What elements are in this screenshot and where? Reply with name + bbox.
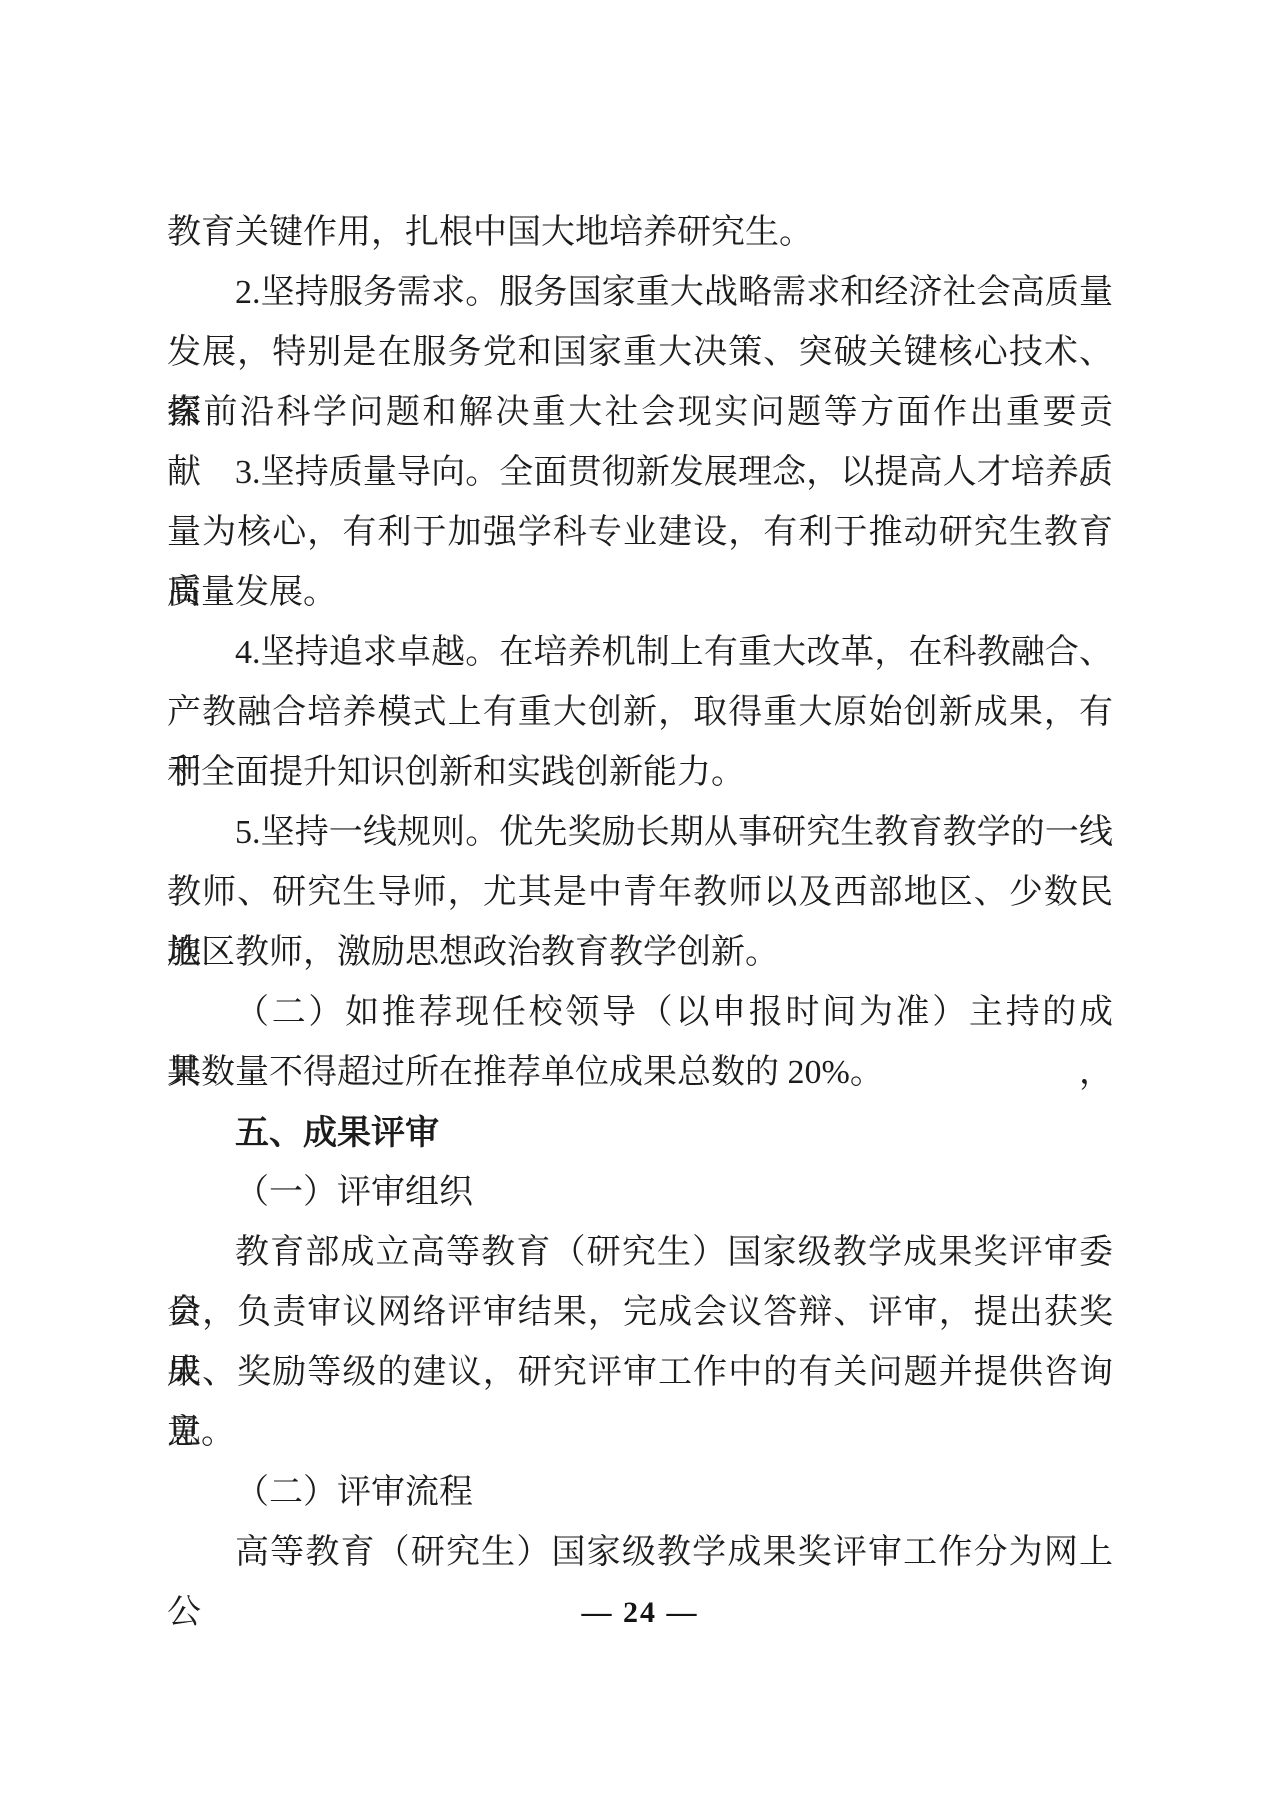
document-line: 教师、研究生导师，尤其是中青年教师以及西部地区、少数民族 xyxy=(167,863,1113,923)
document-line: 4.坚持追求卓越。在培养机制上有重大改革，在科教融合、 xyxy=(167,623,1113,683)
document-line: 果、奖励等级的建议，研究评审工作中的有关问题并提供咨询意 xyxy=(167,1343,1113,1403)
document-line: 教育关键作用，扎根中国大地培养研究生。 xyxy=(167,203,1113,263)
document-line: 质量发展。 xyxy=(167,563,1113,623)
document-line: 5.坚持一线规则。优先奖励长期从事研究生教育教学的一线 xyxy=(167,803,1113,863)
document-line: 高等教育（研究生）国家级教学成果奖评审工作分为网上公 xyxy=(167,1523,1113,1583)
section-heading: 五、成果评审 xyxy=(167,1103,1113,1163)
document-line: （二）如推荐现任校领导（以申报时间为准）主持的成果， xyxy=(167,983,1113,1043)
document-line: 教育部成立高等教育（研究生）国家级教学成果奖评审委员 xyxy=(167,1223,1113,1283)
document-line: 索前沿科学问题和解决重大社会现实问题等方面作出重要贡献。 xyxy=(167,383,1113,443)
document-line: 会，负责审议网络评审结果，完成会议答辩、评审，提出获奖成 xyxy=(167,1283,1113,1343)
document-line: 发展，特别是在服务党和国家重大决策、突破关键核心技术、探 xyxy=(167,323,1113,383)
document-line: 量为核心，有利于加强学科专业建设，有利于推动研究生教育高 xyxy=(167,503,1113,563)
document-line: 产教融合培养模式上有重大创新，取得重大原始创新成果，有利 xyxy=(167,683,1113,743)
subsection-heading: （一）评审组织 xyxy=(167,1163,1113,1223)
document-page: 教育关键作用，扎根中国大地培养研究生。 2.坚持服务需求。服务国家重大战略需求和… xyxy=(0,0,1280,1810)
document-line: 见。 xyxy=(167,1403,1113,1463)
document-line: 于全面提升知识创新和实践创新能力。 xyxy=(167,743,1113,803)
document-line: 地区教师，激励思想政治教育教学创新。 xyxy=(167,923,1113,983)
document-line: 2.坚持服务需求。服务国家重大战略需求和经济社会高质量 xyxy=(167,263,1113,323)
document-text-block: 教育关键作用，扎根中国大地培养研究生。 2.坚持服务需求。服务国家重大战略需求和… xyxy=(167,203,1113,1583)
page-number: — 24 — xyxy=(167,1585,1113,1641)
document-line: 3.坚持质量导向。全面贯彻新发展理念，以提高人才培养质 xyxy=(167,443,1113,503)
subsection-heading: （二）评审流程 xyxy=(167,1463,1113,1523)
